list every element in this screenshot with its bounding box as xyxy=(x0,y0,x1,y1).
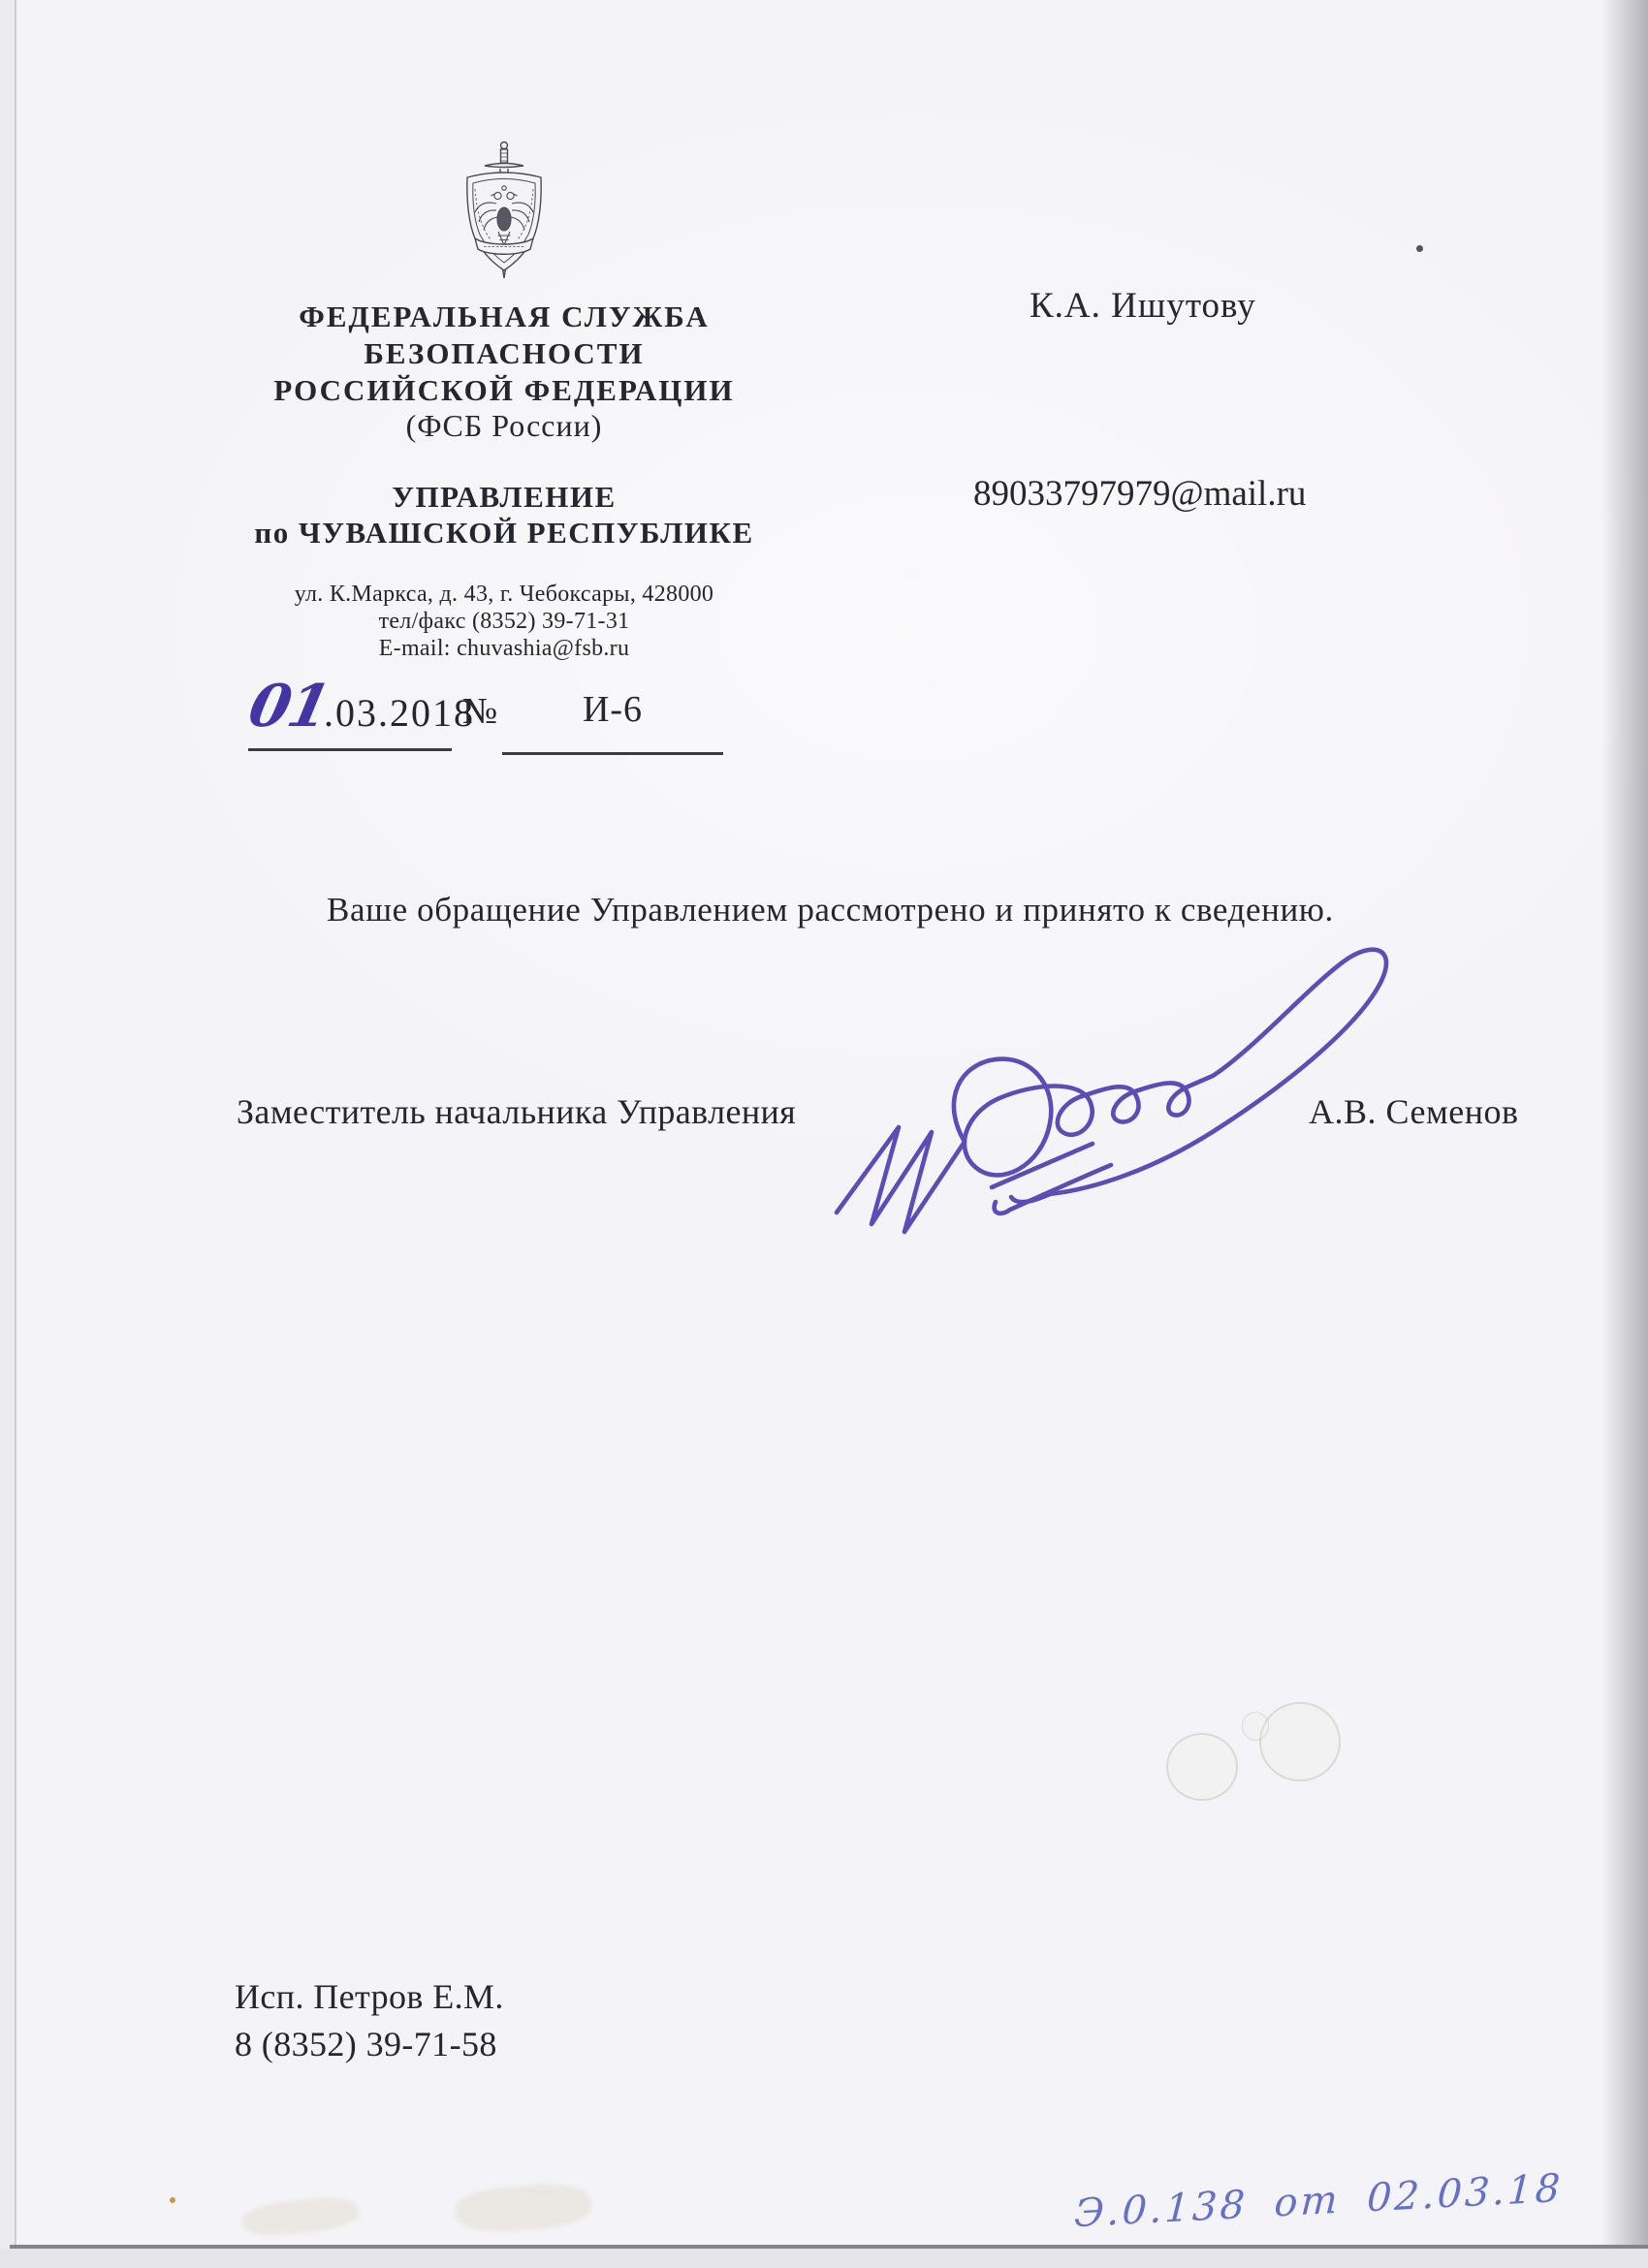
water-stain-right xyxy=(1259,1702,1341,1781)
address-email: E-mail: chuvashia@fsb.ru xyxy=(213,635,795,662)
recipient-email: 89033797979@mail.ru xyxy=(973,473,1306,515)
number-underline xyxy=(502,752,723,755)
executor-phone: 8 (8352) 39-71-58 xyxy=(235,2021,504,2068)
ink-speck xyxy=(1416,245,1423,252)
org-name-line1: ФЕДЕРАЛЬНАЯ СЛУЖБА xyxy=(213,299,795,335)
scan-left-edge xyxy=(15,0,16,2247)
outgoing-number-value: И-6 xyxy=(502,688,723,731)
number-sign: № xyxy=(462,690,497,733)
signer-position-title: Заместитель начальника Управления xyxy=(237,1091,796,1132)
org-name-line3: РОССИЙСКОЙ ФЕДЕРАЦИИ xyxy=(213,372,795,409)
address-phone: тел/факс (8352) 39-71-31 xyxy=(213,608,795,635)
division-line2: по ЧУВАШСКОЙ РЕСПУБЛИКЕ xyxy=(213,515,795,551)
scan-right-shadow xyxy=(1601,0,1648,2247)
dirt-speck xyxy=(170,2197,175,2203)
executor-name: Исп. Петров Е.М. xyxy=(235,1973,504,2021)
water-stain-left xyxy=(1166,1733,1238,1801)
org-name-line2: БЕЗОПАСНОСТИ xyxy=(213,335,795,372)
org-short-name: (ФСБ России) xyxy=(213,408,795,444)
footer-block: Исп. Петров Е.М. 8 (8352) 39-71-58 xyxy=(235,1973,504,2068)
scan-background-below-paper xyxy=(0,2249,1648,2268)
fsb-emblem-icon xyxy=(436,139,572,284)
division-line1: УПРАВЛЕНИЕ xyxy=(213,479,795,515)
water-stain-small xyxy=(1242,1712,1269,1741)
recipient-name: К.А. Ишутову xyxy=(1030,285,1256,327)
handwritten-day-value: 01 xyxy=(243,673,334,740)
printed-date: .03.2018 xyxy=(324,690,475,736)
signature-scribble xyxy=(829,933,1391,1244)
address-street: ул. К.Маркса, д. 43, г. Чебоксары, 42800… xyxy=(213,581,795,608)
body-paragraph: Ваше обращение Управлением рассмотрено и… xyxy=(327,891,1334,929)
date-underline xyxy=(248,748,452,751)
scanned-letter-page: ФЕДЕРАЛЬНАЯ СЛУЖБА БЕЗОПАСНОСТИ РОССИЙСК… xyxy=(0,0,1648,2268)
